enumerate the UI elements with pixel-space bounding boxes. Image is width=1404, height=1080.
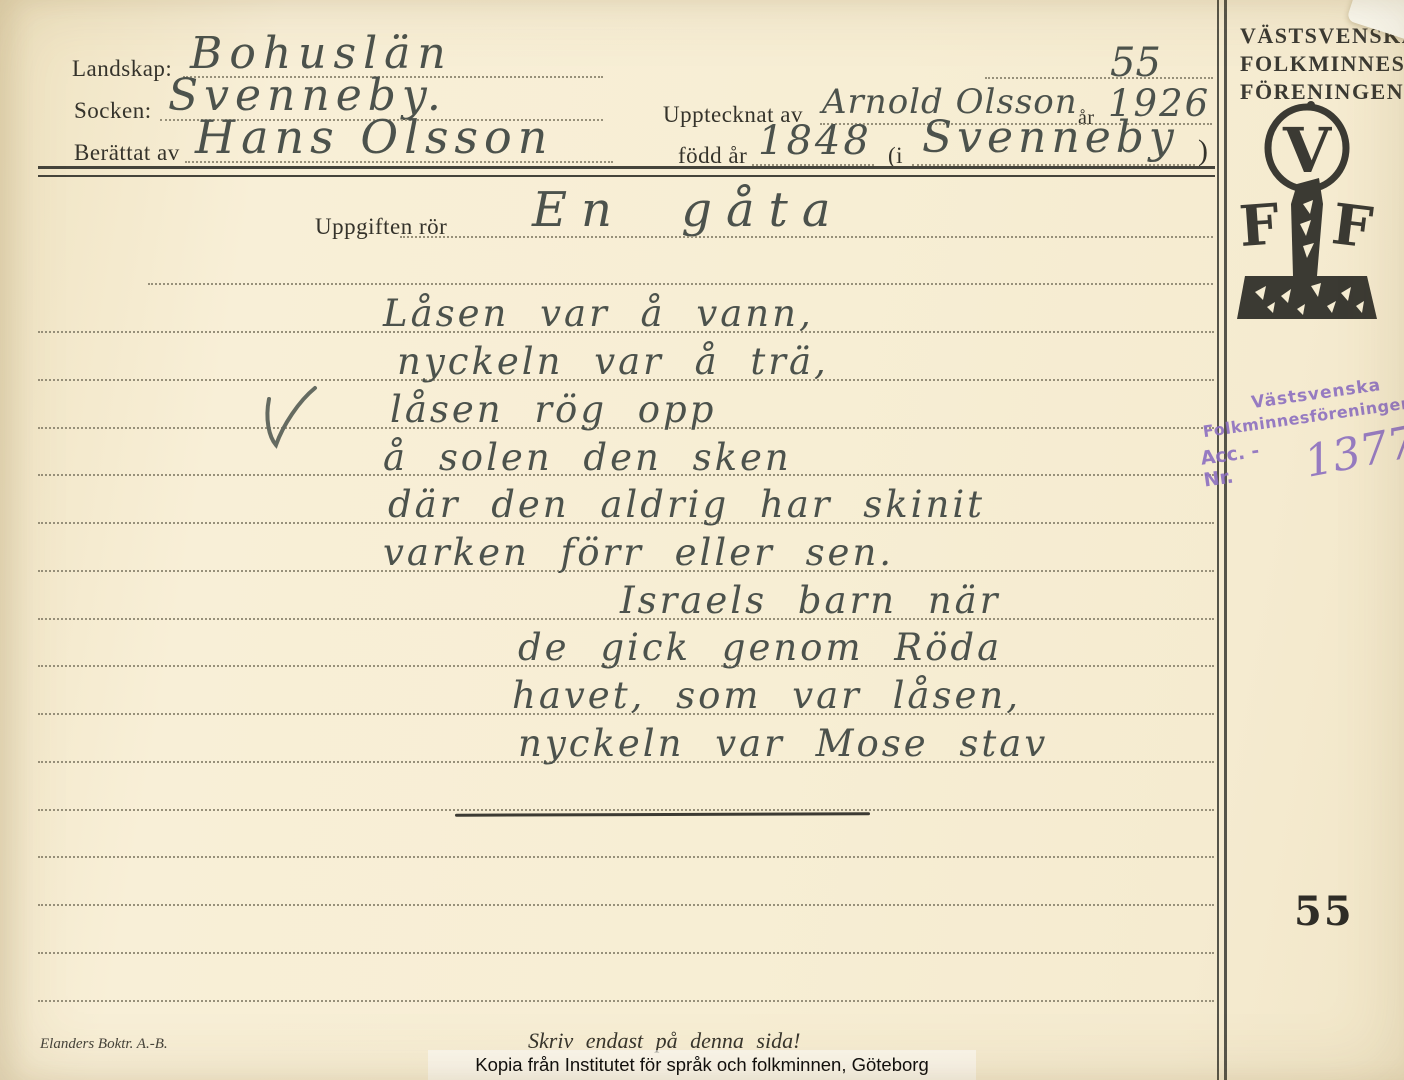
ruled-line: [38, 952, 1214, 954]
body-text-line: där den aldrig har skinit: [388, 483, 985, 526]
ruled-line: [985, 77, 1213, 79]
ruled-line: [38, 809, 1214, 811]
svg-text:F: F: [1328, 191, 1376, 261]
copy-note: Kopia från Institutet för språk och folk…: [475, 1054, 929, 1076]
body-text-line: varken förr eller sen.: [383, 531, 894, 574]
body-text-line: låsen rög opp: [390, 388, 716, 431]
organization-name: VÄSTSVENSKA FOLKMINNES- FÖRENINGEN: [1240, 22, 1404, 106]
ruled-line: [38, 856, 1214, 858]
copy-note-bar: Kopia från Institutet för språk och folk…: [428, 1050, 976, 1080]
vertical-divider: [1224, 0, 1227, 1080]
svg-text:F: F: [1237, 191, 1282, 260]
stamp-acc-label: Acc. - Nr.: [1199, 436, 1293, 492]
body-text-line: de gick genom Röda: [518, 626, 1002, 669]
header-divider: [38, 166, 1215, 177]
svg-text:V: V: [1282, 114, 1332, 187]
fodd-ort-close-label: ): [1198, 134, 1209, 168]
berattat-label: Berättat av: [74, 140, 180, 166]
fodd-value: 1848: [758, 118, 872, 164]
landskap-label: Landskap:: [72, 56, 172, 82]
topic-value: En gåta: [532, 182, 844, 238]
ruled-line: [400, 236, 1213, 238]
thor-hammer-logo-icon: V F F: [1235, 100, 1395, 330]
socken-label: Socken:: [74, 98, 152, 124]
record-card-scan: Landskap: Bohuslän Socken: Svenneby. Ber…: [0, 0, 1404, 1080]
ruled-line: [38, 1000, 1214, 1002]
body-text-line: nyckeln var å trä,: [397, 340, 829, 383]
ruled-line: [38, 904, 1214, 906]
body-text-line: nyckeln var Mose stav: [518, 722, 1048, 765]
fodd-ort-value: Svenneby: [922, 112, 1179, 163]
body-text-line: Låsen var å vann,: [383, 292, 814, 335]
page-number-bottom: 55: [1294, 888, 1354, 935]
berattat-value: Hans Olsson: [195, 110, 553, 164]
end-of-text-stroke: [455, 812, 870, 816]
printer-credit: Elanders Boktr. A.-B.: [40, 1036, 168, 1053]
organization-name-line: FOLKMINNES-: [1240, 50, 1404, 78]
body-text-line: havet, som var låsen,: [512, 674, 1021, 717]
checkmark-icon: [255, 383, 327, 455]
ruled-line: [148, 283, 1213, 285]
ruled-line: [185, 161, 613, 163]
stamp-acc-number: 1377: [1302, 425, 1404, 480]
body-text-line: å solen den sken: [383, 436, 792, 479]
body-text-line: Israels barn när: [620, 579, 1000, 622]
page-number-top: 55: [1110, 40, 1161, 86]
vertical-divider: [1217, 0, 1219, 1080]
